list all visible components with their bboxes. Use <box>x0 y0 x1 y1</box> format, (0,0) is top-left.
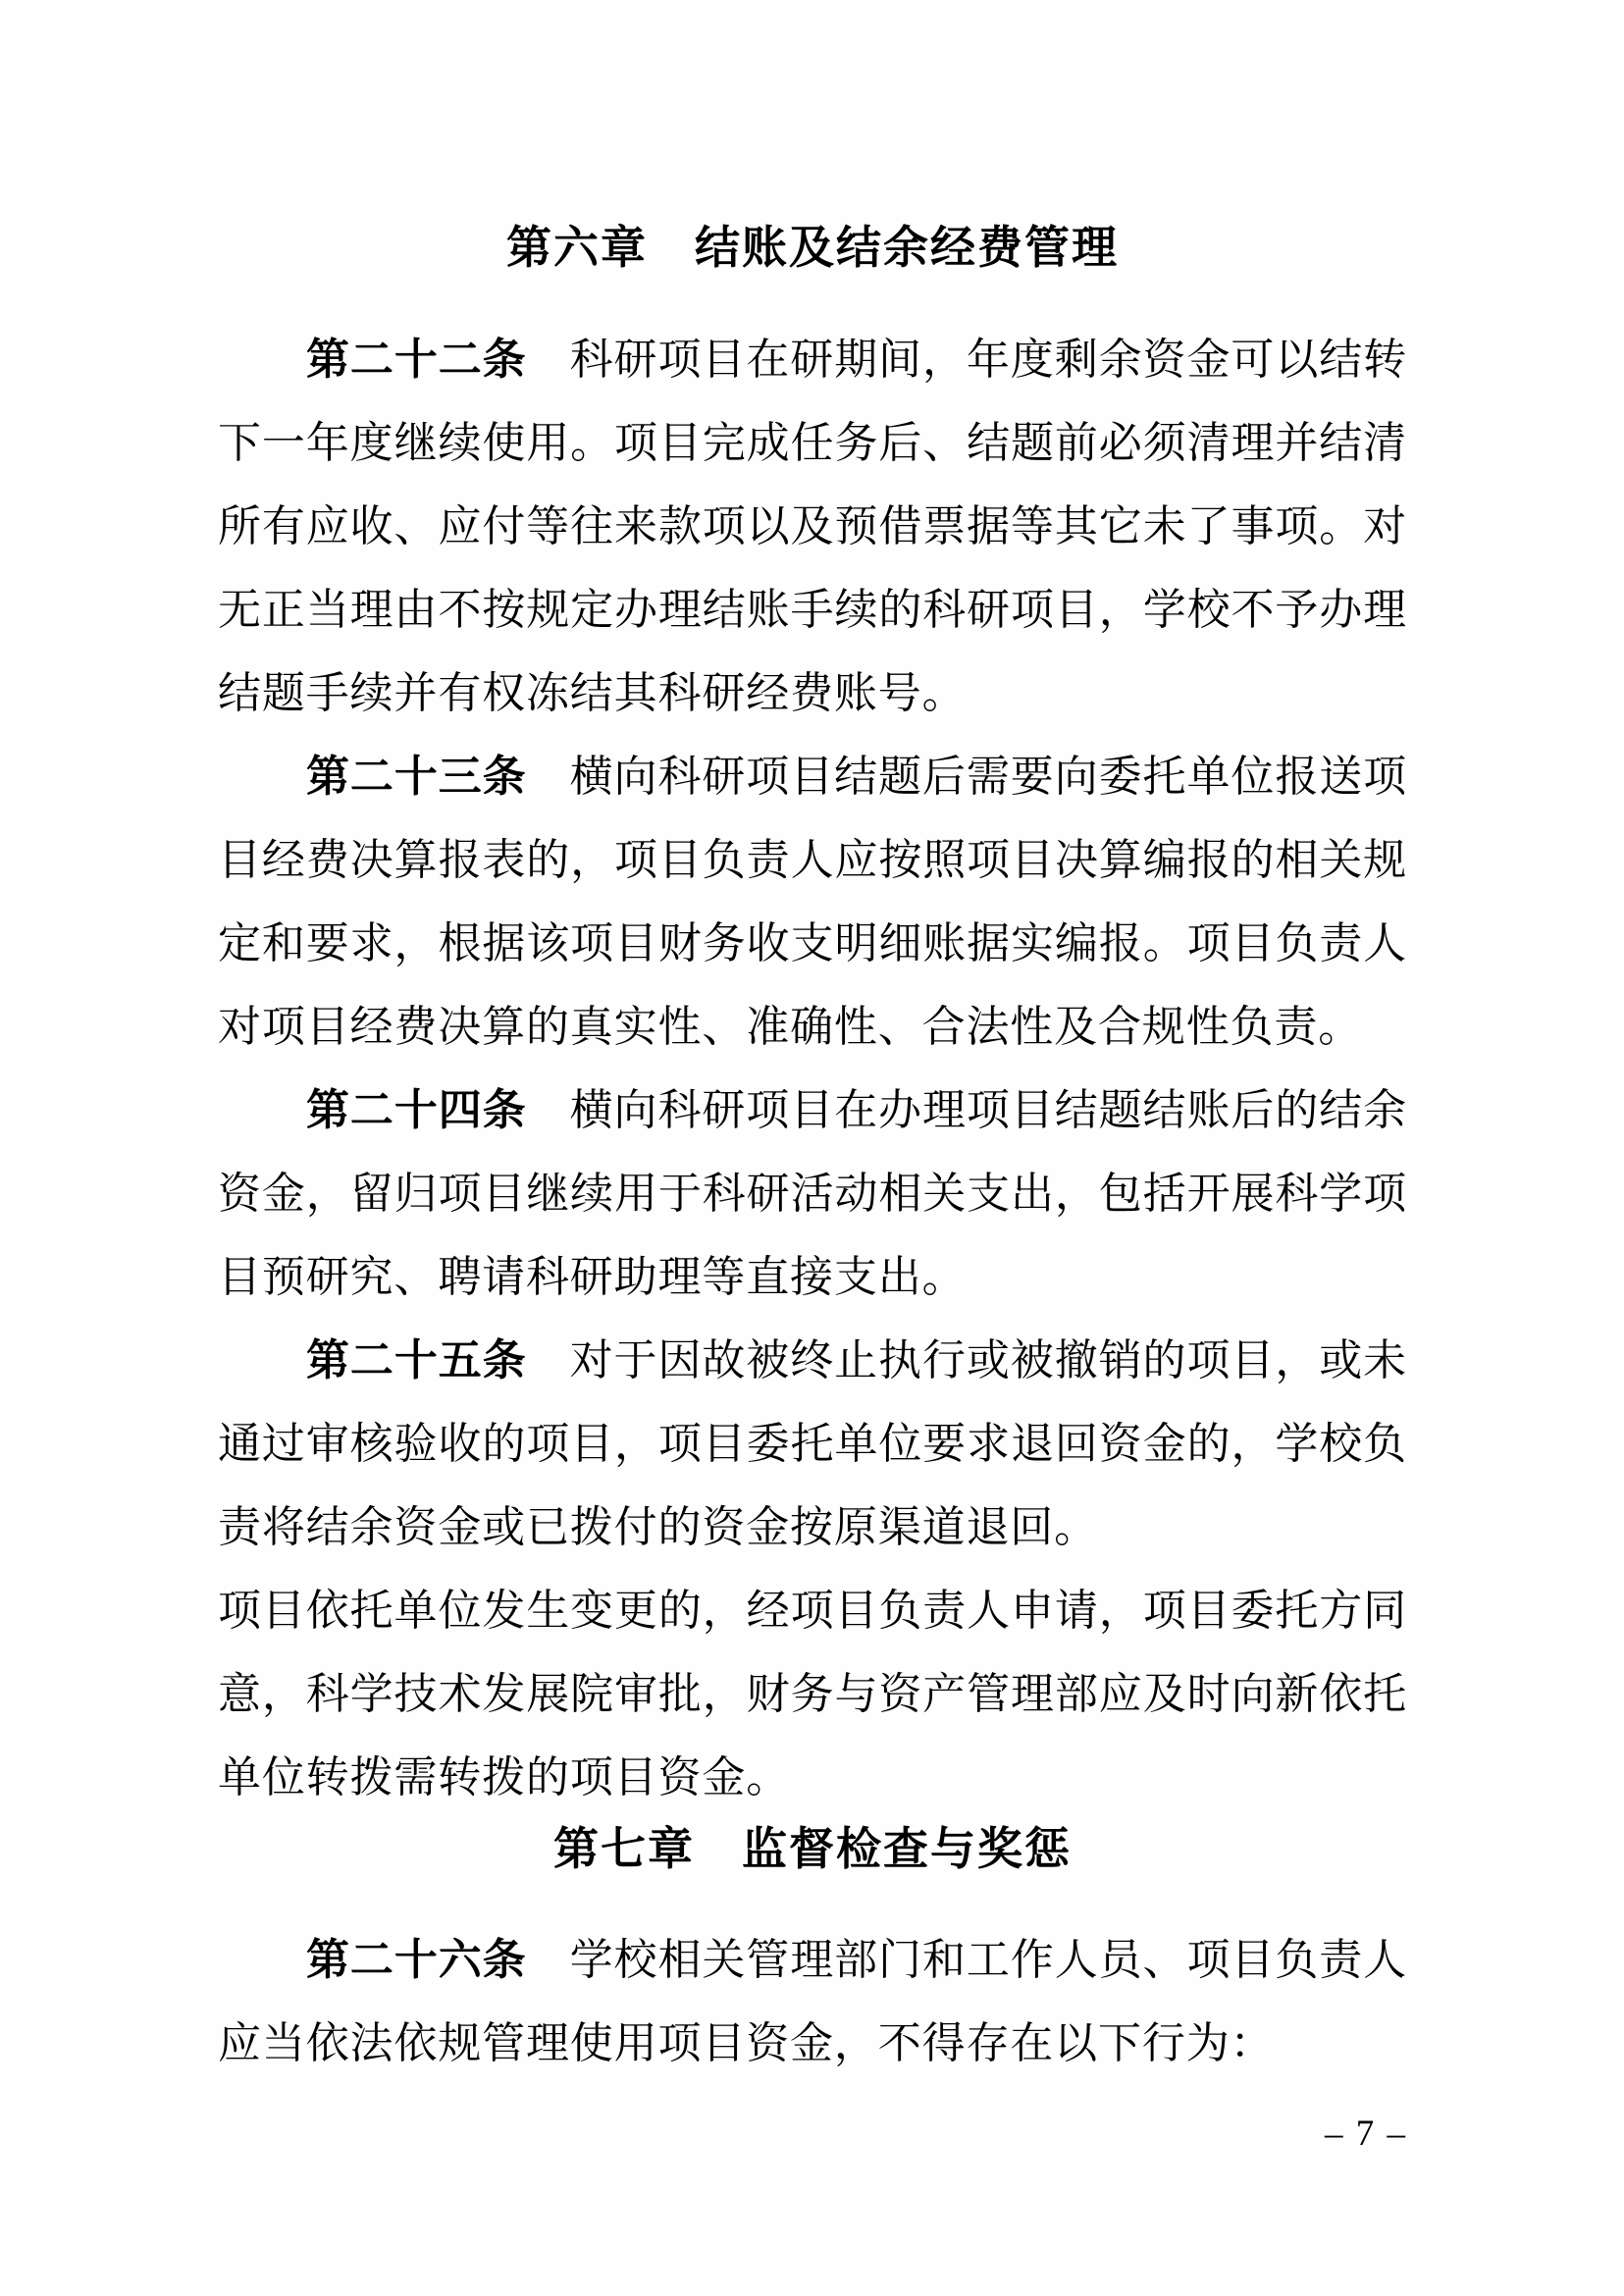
page-number: – 7 – <box>218 2111 1407 2158</box>
article-23-number: 第二十三条 <box>306 753 527 801</box>
article-23-paragraph: 第二十三条横向科研项目结题后需要向委托单位报送项目经费决算报表的，项目负责人应按… <box>218 735 1407 1069</box>
document-page: 第六章 结账及结余经费管理 第二十二条科研项目在研期间，年度剩余资金可以结转下一… <box>0 0 1624 2296</box>
chapter-6-heading: 第六章 结账及结余经费管理 <box>218 218 1407 277</box>
article-25-number: 第二十五条 <box>306 1336 527 1384</box>
article-22-text: 科研项目在研期间，年度剩余资金可以结转下一年度继续使用。项目完成任务后、结题前必… <box>218 336 1407 717</box>
article-26-number: 第二十六条 <box>306 1936 527 1984</box>
article-26-paragraph: 第二十六条学校相关管理部门和工作人员、项目负责人应当依法依规管理使用项目资金，不… <box>218 1918 1407 2085</box>
article-24-number: 第二十四条 <box>306 1086 527 1134</box>
chapter-7-heading: 第七章 监督检查与奖惩 <box>218 1819 1407 1878</box>
article-25-paragraph: 第二十五条对于因故被终止执行或被撤销的项目，或未通过审核验收的项目，项目委托单位… <box>218 1319 1407 1569</box>
article-24-paragraph: 第二十四条横向科研项目在办理项目结题结账后的结余资金，留归项目继续用于科研活动相… <box>218 1069 1407 1319</box>
unit-change-paragraph: 项目依托单位发生变更的，经项目负责人申请，项目委托方同意，科学技术发展院审批，财… <box>218 1569 1407 1819</box>
document-content: 第六章 结账及结余经费管理 第二十二条科研项目在研期间，年度剩余资金可以结转下一… <box>218 0 1407 2158</box>
article-22-number: 第二十二条 <box>306 336 527 384</box>
unit-change-text: 项目依托单位发生变更的，经项目负责人申请，项目委托方同意，科学技术发展院审批，财… <box>218 1587 1407 1801</box>
article-22-paragraph: 第二十二条科研项目在研期间，年度剩余资金可以结转下一年度继续使用。项目完成任务后… <box>218 318 1407 735</box>
